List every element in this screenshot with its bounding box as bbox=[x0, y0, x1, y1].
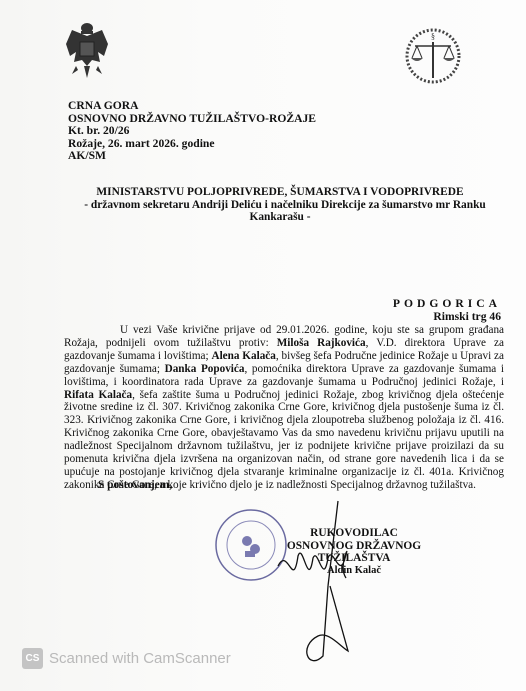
letter-body: U vezi Vaše krivične prijave od 29.01.20… bbox=[64, 324, 504, 492]
destination-city: PODGORICA bbox=[393, 297, 501, 310]
watermark-text: Scanned with CamScanner bbox=[49, 650, 231, 667]
addressee-block: MINISTARSTVU POLJOPRIVREDE, ŠUMARSTVA I … bbox=[60, 186, 500, 224]
scanned-document-page: § CRNA GORA OSNOVNO DRŽAVNO TUŽILAŠTVO-R… bbox=[0, 0, 526, 691]
accused-name-4: Rifata Kalača bbox=[64, 389, 132, 401]
case-number: Kt. br. 20/26 bbox=[68, 125, 316, 138]
document-header: CRNA GORA OSNOVNO DRŽAVNO TUŽILAŠTVO-ROŽ… bbox=[68, 100, 316, 163]
montenegro-coat-of-arms-icon bbox=[62, 22, 112, 82]
prosecution-scales-emblem-icon: § bbox=[403, 26, 463, 86]
closing-salutation: S poštovanjem, bbox=[98, 479, 172, 491]
destination-street: Rimski trg 46 bbox=[393, 310, 501, 323]
recipient-line-1: - državnom sekretaru Andriji Deliću i na… bbox=[60, 199, 500, 212]
handwritten-signature-icon bbox=[268, 496, 368, 666]
destination-address: PODGORICA Rimski trg 46 bbox=[393, 297, 501, 323]
svg-text:§: § bbox=[431, 32, 435, 41]
accused-name-1: Miloša Rajkovića bbox=[277, 337, 366, 349]
ministry-name: MINISTARSTVU POLJOPRIVREDE, ŠUMARSTVA I … bbox=[60, 186, 500, 199]
accused-name-2: Alena Kalača bbox=[211, 350, 275, 362]
camscanner-logo-icon: CS bbox=[22, 648, 43, 669]
country-name: CRNA GORA bbox=[68, 100, 316, 113]
camscanner-watermark: CS Scanned with CamScanner bbox=[22, 648, 231, 669]
reference-initials: AK/SM bbox=[68, 150, 316, 163]
body-text: , šefa zaštite šuma u Područnoj jedinici… bbox=[64, 389, 504, 491]
accused-name-3: Danka Popovića bbox=[165, 363, 245, 375]
recipient-line-2: Kankarašu - bbox=[60, 211, 500, 224]
